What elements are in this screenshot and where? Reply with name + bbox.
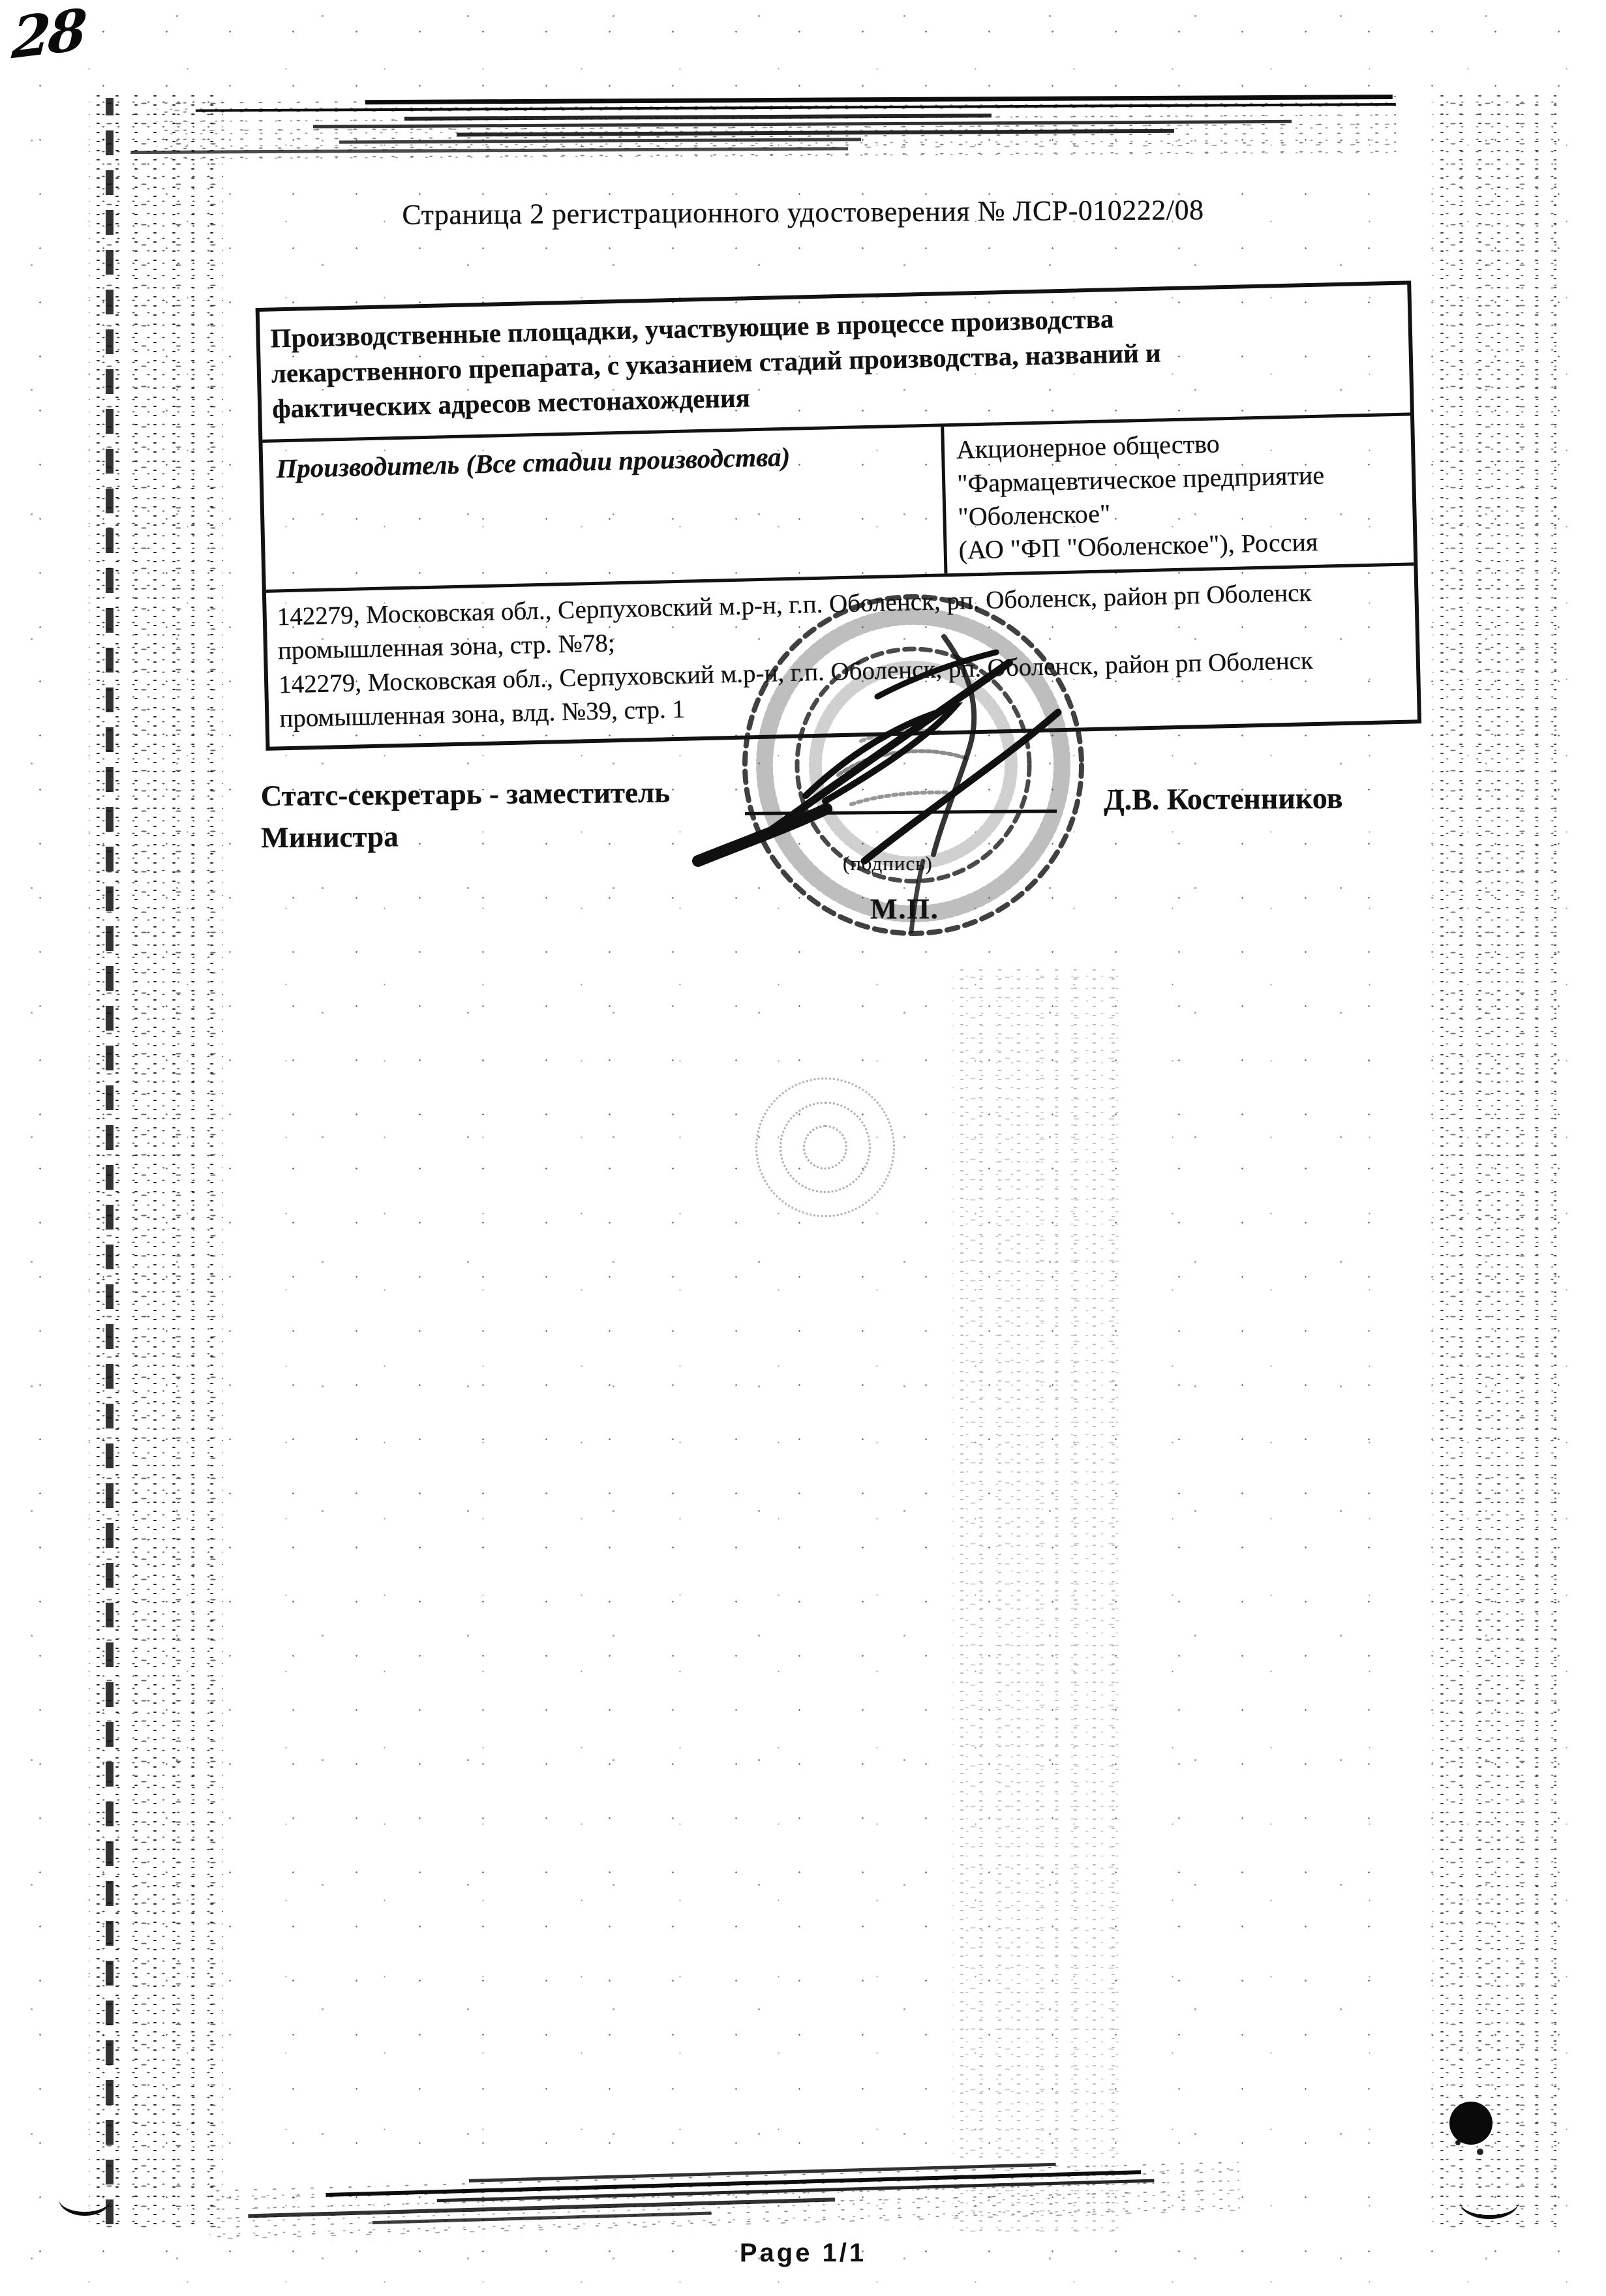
signer-title-line2: Министра <box>261 813 731 859</box>
scan-noise-right-edge <box>1432 91 1556 2231</box>
handwritten-page-number: 28 <box>10 0 86 72</box>
scan-noise-top-band <box>117 92 1422 164</box>
signer-title: Статс-секретарь - заместитель Министра <box>260 772 731 859</box>
producer-value-cell: Акционерное общество "Фармацевтическое п… <box>944 417 1338 573</box>
scan-noise-left-edge <box>89 91 223 2231</box>
punch-hole-mark <box>1449 2102 1492 2145</box>
table-header-cell: Производственные площадки, участвующие в… <box>260 284 1410 443</box>
scan-noise-bottom-left-arc <box>59 2182 111 2216</box>
signer-name: Д.В. Костенников <box>1104 781 1343 817</box>
page-counter: Page 1/1 <box>740 2239 866 2268</box>
scan-noise-left-bar <box>106 98 114 2224</box>
table-header-text: Производственные площадки, участвующие в… <box>270 297 1280 427</box>
faint-circular-watermark <box>755 1078 895 1217</box>
scan-noise-center-column <box>952 965 1122 2237</box>
producer-label-cell: Производитель (Все стадии производства) <box>262 427 947 590</box>
signer-title-line1: Статс-секретарь - заместитель <box>260 772 731 817</box>
round-seal-stamp <box>727 579 1099 951</box>
scan-noise-bottom-band <box>208 2158 1240 2245</box>
scan-noise-bottom-right-arc <box>1460 2185 1519 2219</box>
document-header-line: Страница 2 регистрационного удостоверени… <box>402 193 1204 232</box>
producer-row: Производитель (Все стадии производства) … <box>262 416 1414 593</box>
